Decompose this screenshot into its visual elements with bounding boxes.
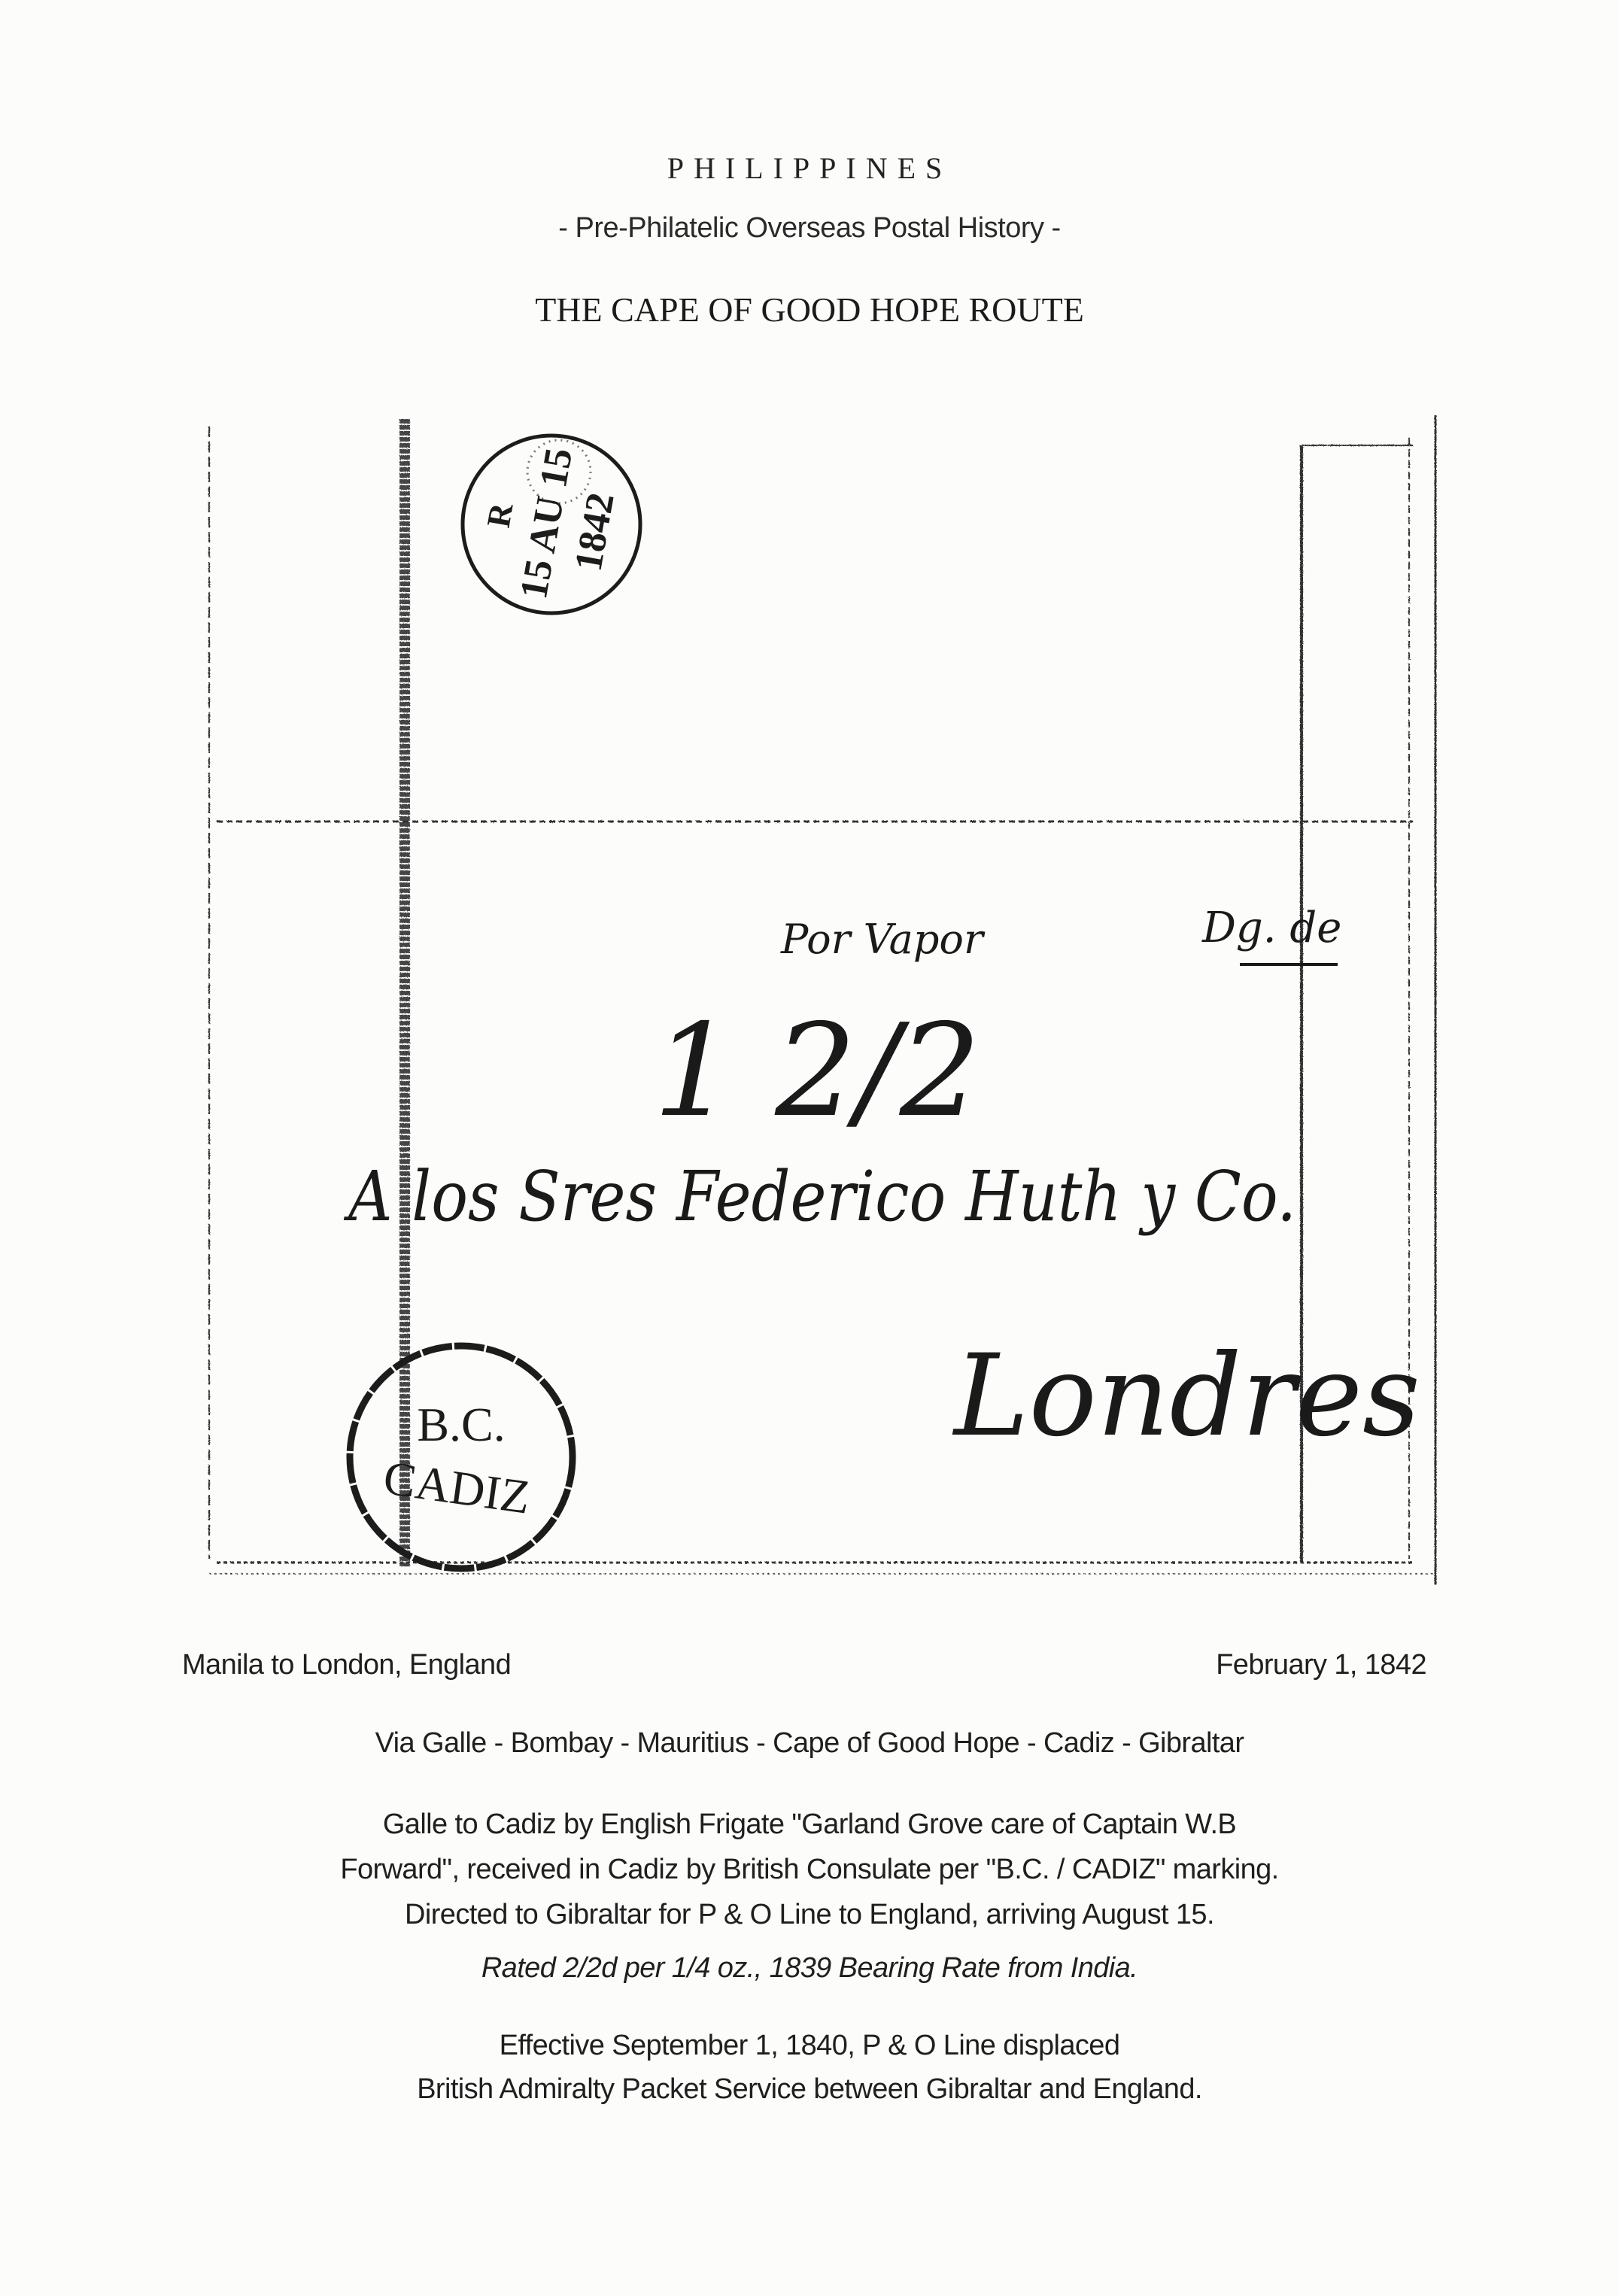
datestamp-line-1: R	[480, 500, 521, 530]
manuscript-corner-note: Dg. de	[1201, 904, 1341, 952]
datestamp-line-2: 15 AU 15	[512, 445, 581, 602]
datestamp-line-3: 1842	[567, 490, 623, 574]
caption-rate-note: Rated 2/2d per 1/4 oz., 1839 Bearing Rat…	[0, 1952, 1619, 1985]
caption-transit-note: Galle to Cadiz by English Frigate "Garla…	[0, 1802, 1619, 1937]
cadiz-postmark-line-1: B.C.	[417, 1398, 505, 1451]
caption-origin-destination: Manila to London, England	[182, 1649, 511, 1681]
caption-history-note: Effective September 1, 1840, P & O Line …	[0, 2024, 1619, 2111]
history-line: Effective September 1, 1840, P & O Line …	[0, 2024, 1619, 2067]
transit-line: Directed to Gibraltar for P & O Line to …	[0, 1892, 1619, 1937]
manuscript-addressee: A los Sres Federico Huth y Co.	[343, 1156, 1296, 1237]
british-consulate-cadiz-postmark: B.C. CADIZ	[350, 1346, 573, 1569]
history-line: British Admiralty Packet Service between…	[0, 2067, 1619, 2111]
manuscript-address: Por Vapor Dg. de 1 2/2 A los Sres Federi…	[343, 904, 1420, 1462]
manuscript-destination: Londres	[952, 1331, 1420, 1462]
page-subtitle: - Pre-Philatelic Overseas Postal History…	[0, 212, 1619, 244]
caption-date: February 1, 1842	[1216, 1649, 1426, 1681]
transit-line: Galle to Cadiz by English Frigate "Garla…	[0, 1802, 1619, 1847]
caption-via-route: Via Galle - Bombay - Mauritius - Cape of…	[0, 1727, 1619, 1760]
manuscript-endorsement: Por Vapor	[780, 916, 986, 963]
page-title-country: PHILIPPINES	[0, 150, 1619, 186]
cover-image: R 15 AU 15 1842 B.C. CADIZ Por Vapor Dg.…	[202, 415, 1447, 1585]
london-arrival-datestamp: R 15 AU 15 1842	[463, 436, 640, 613]
manuscript-rate: 1 2/2	[653, 997, 981, 1146]
transit-line: Forward", received in Cadiz by British C…	[0, 1847, 1619, 1892]
cadiz-postmark-line-2: CADIZ	[381, 1450, 534, 1524]
route-title: THE CAPE OF GOOD HOPE ROUTE	[0, 290, 1619, 330]
